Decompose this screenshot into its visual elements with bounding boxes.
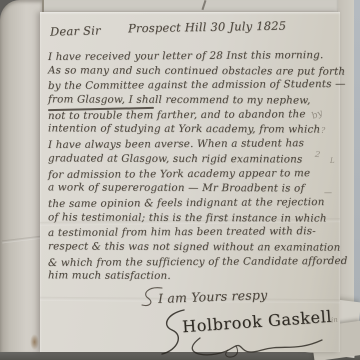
- show-through-fragment: in: [331, 316, 339, 325]
- letter-line: a testimonial from him has been treated …: [48, 225, 336, 242]
- letter-line: a work of supererogation — Mr Broadbent …: [48, 182, 336, 198]
- ink-stain: [30, 334, 39, 350]
- letter-photograph: Dear Sir Prospect Hill 30 July 1825 I ha…: [0, 0, 360, 360]
- letter-line: I have received your letter of 28 Inst t…: [48, 49, 336, 66]
- letter-line: from Glasgow, I shall recommend to my ne…: [48, 93, 336, 109]
- letter-line: graduated at Glasgow, such rigid examina…: [48, 152, 336, 168]
- dateline: Prospect Hill 30 July 1825: [128, 19, 286, 36]
- closing-line: I am Yours respy: [158, 287, 268, 306]
- signature: Holbrook Gaskell: [182, 307, 333, 336]
- letter-line: respect & this was not signed without an…: [48, 240, 336, 256]
- under-sheet-edge: [342, 0, 354, 352]
- letter-page: Dear Sir Prospect Hill 30 July 1825 I ha…: [40, 12, 340, 352]
- letter-line: I have always been averse. When a studen…: [48, 137, 336, 154]
- salutation: Dear Sir: [50, 23, 101, 38]
- show-through-fragment: L: [330, 157, 335, 165]
- letter-line: him much satisfaction.: [48, 270, 336, 286]
- show-through-fragment: ?: [321, 126, 325, 135]
- folded-page-edge: [0, 0, 44, 352]
- table-surface: [0, 351, 360, 360]
- fold-crease: [2, 236, 42, 244]
- letter-body: I have received your letter of 28 Inst t…: [48, 50, 336, 285]
- letter-line: the same opinion & feels indignant at th…: [48, 196, 336, 213]
- show-through-fragment: —: [324, 188, 332, 197]
